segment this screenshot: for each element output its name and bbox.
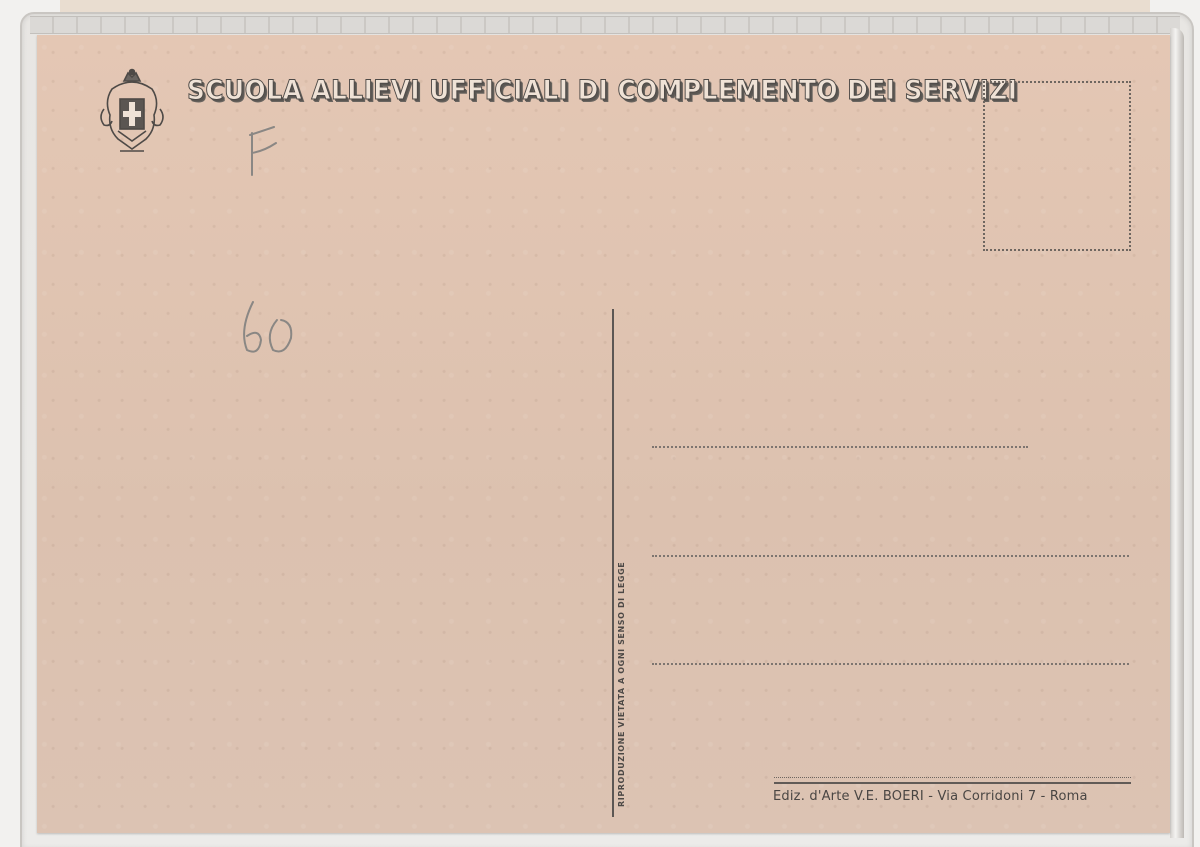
stamp-placeholder-box: [983, 81, 1131, 251]
address-line-3: [652, 663, 1129, 665]
sleeve-right-edge: [1170, 28, 1184, 838]
address-line-1: [652, 446, 1028, 448]
address-line-2: [652, 555, 1129, 557]
header-title: SCUOLA ALLIEVI UFFICIALI DI COMPLEMENTO …: [187, 75, 1017, 106]
handwritten-letter-f: [242, 123, 282, 183]
handwritten-number-60: [237, 290, 307, 360]
sleeve-rail: [30, 16, 1180, 34]
reproduction-notice: RIPRODUZIONE VIETATA A OGNI SENSO DI LEG…: [617, 562, 626, 807]
publisher-rule: [774, 777, 1131, 784]
savoy-crest-icon: [94, 67, 170, 159]
postcard-back: SCUOLA ALLIEVI UFFICIALI DI COMPLEMENTO …: [37, 35, 1170, 833]
publisher-imprint: Ediz. d'Arte V.E. BOERI - Via Corridoni …: [773, 789, 1088, 804]
center-divider-line: [612, 309, 614, 817]
